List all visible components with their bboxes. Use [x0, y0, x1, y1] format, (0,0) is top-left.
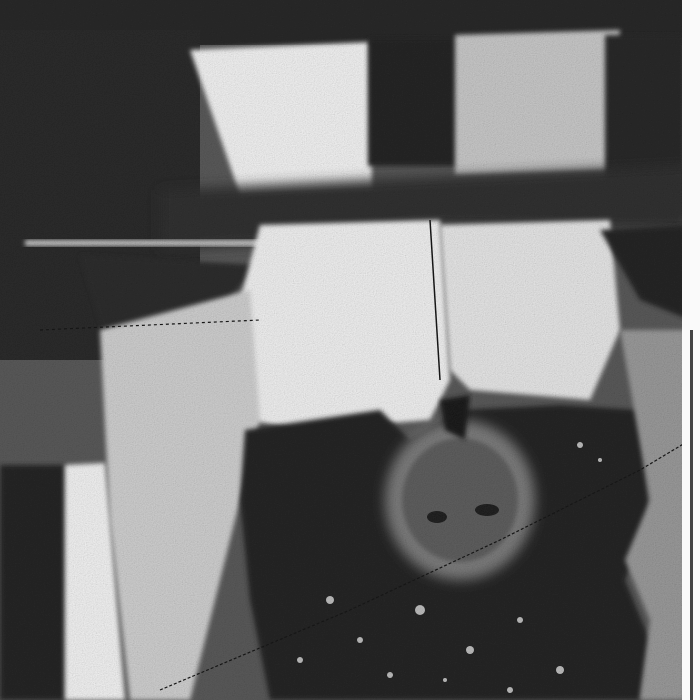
photocopy-image: Degraded black-and-white photocopy of a …	[0, 0, 700, 700]
photo-composition	[0, 0, 700, 700]
